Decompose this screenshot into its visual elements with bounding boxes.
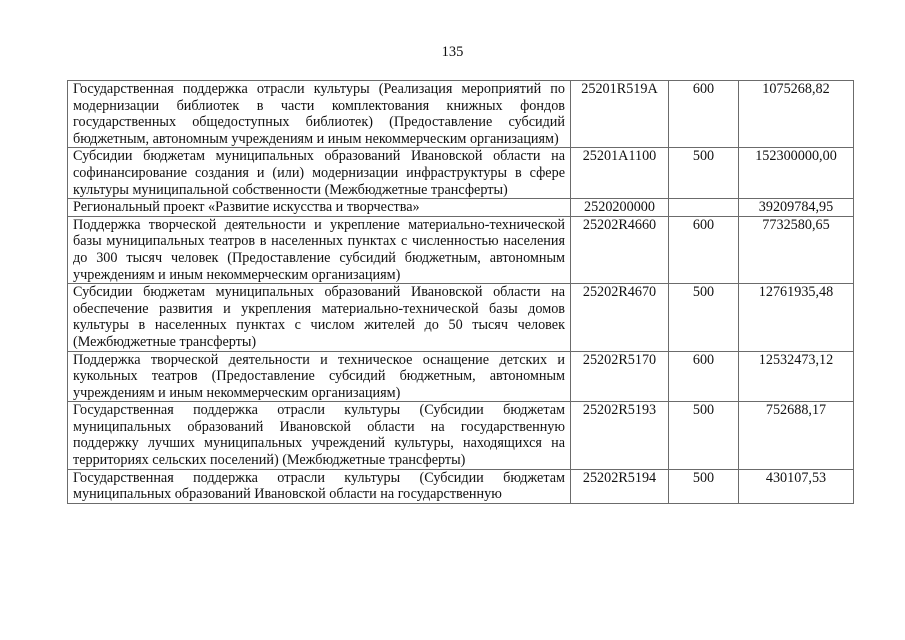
expense-type-cell: 500 [669,469,739,503]
amount-cell: 1075268,82 [739,81,854,148]
target-code-cell: 25202R5194 [571,469,669,503]
target-code-cell: 25201R519A [571,81,669,148]
amount-cell: 7732580,65 [739,216,854,283]
table-row: Поддержка творческой деятельности и техн… [68,351,854,402]
target-code-cell: 25202R4670 [571,284,669,351]
amount-cell: 152300000,00 [739,148,854,199]
description-cell: Поддержка творческой деятельности и техн… [68,351,571,402]
amount-cell: 12761935,48 [739,284,854,351]
table-row: Государственная поддержка отрасли культу… [68,469,854,503]
description-cell: Региональный проект «Развитие искусства … [68,199,571,217]
table-row: Региональный проект «Развитие искусства … [68,199,854,217]
expense-type-cell: 600 [669,351,739,402]
expense-type-cell: 600 [669,216,739,283]
target-code-cell: 25201A1100 [571,148,669,199]
table-row: Субсидии бюджетам муниципальных образова… [68,284,854,351]
table-row: Государственная поддержка отрасли культу… [68,402,854,469]
description-cell: Государственная поддержка отрасли культу… [68,469,571,503]
target-code-cell: 25202R4660 [571,216,669,283]
budget-table-body: Государственная поддержка отрасли культу… [68,81,854,504]
description-cell: Поддержка творческой деятельности и укре… [68,216,571,283]
expense-type-cell: 600 [669,81,739,148]
description-cell: Государственная поддержка отрасли культу… [68,81,571,148]
amount-cell: 12532473,12 [739,351,854,402]
expense-type-cell: 500 [669,402,739,469]
description-cell: Государственная поддержка отрасли культу… [68,402,571,469]
page-number: 135 [0,44,905,61]
description-cell: Субсидии бюджетам муниципальных образова… [68,148,571,199]
target-code-cell: 2520200000 [571,199,669,217]
table-row: Поддержка творческой деятельности и укре… [68,216,854,283]
amount-cell: 430107,53 [739,469,854,503]
description-cell: Субсидии бюджетам муниципальных образова… [68,284,571,351]
expense-type-cell: 500 [669,148,739,199]
target-code-cell: 25202R5193 [571,402,669,469]
expense-type-cell: 500 [669,284,739,351]
budget-table: Государственная поддержка отрасли культу… [67,80,854,504]
table-row: Субсидии бюджетам муниципальных образова… [68,148,854,199]
target-code-cell: 25202R5170 [571,351,669,402]
expense-type-cell [669,199,739,217]
amount-cell: 39209784,95 [739,199,854,217]
table-row: Государственная поддержка отрасли культу… [68,81,854,148]
amount-cell: 752688,17 [739,402,854,469]
